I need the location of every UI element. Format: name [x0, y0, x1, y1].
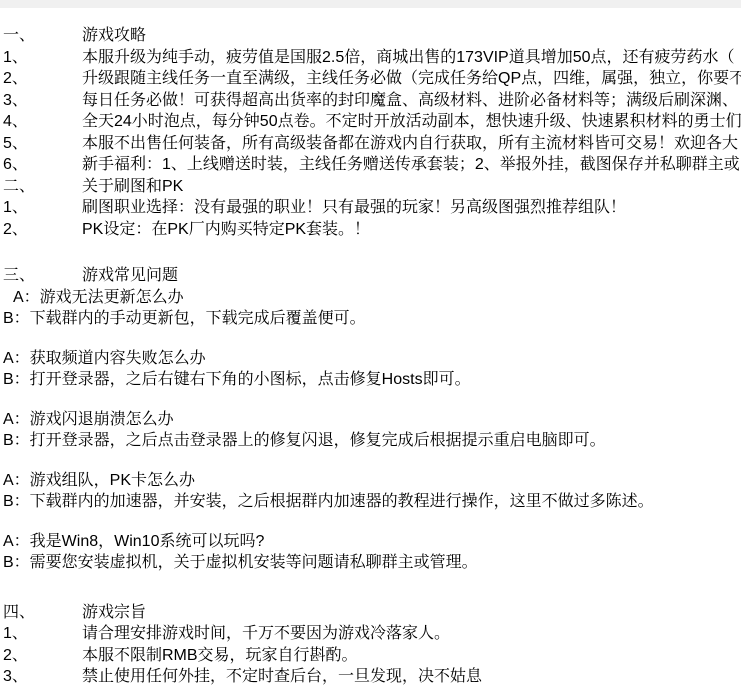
doc-line: 3、禁止使用任何外挂，不定时查后台，一旦发现，决不姑息 [3, 666, 741, 688]
doc-line: A：游戏闪退崩溃怎么办 [3, 409, 741, 431]
line-text: 本服不限制RMB交易，玩家自行斟酌。 [82, 647, 358, 664]
doc-line: 3、每日任务必做！可获得超高出货率的封印魔盒、高级材料、进阶必备材料等；满级后刷… [3, 90, 741, 112]
line-text: A：游戏组队，PK卡怎么办 [3, 472, 195, 489]
line-text: B：打开登录器，之后右键右下角的小图标，点击修复Hosts即可。 [3, 371, 471, 388]
line-text: 游戏攻略 [82, 27, 146, 44]
doc-line: B：下载群内的手动更新包，下载完成后覆盖便可。 [3, 308, 741, 330]
line-label: 二、 [3, 176, 82, 198]
line-text: 禁止使用任何外挂，不定时查后台，一旦发现，决不姑息 [82, 668, 482, 685]
line-label: 2、 [3, 219, 82, 241]
line-text: 本服升级为纯手动，疲劳值是国服2.5倍，商城出售的173VIP道具增加50点，还… [82, 49, 735, 66]
line-text: 每日任务必做！可获得超高出货率的封印魔盒、高级材料、进阶必备材料等；满级后刷深渊… [82, 92, 738, 109]
line-text: 游戏宗旨 [82, 604, 146, 621]
line-text: 刷图职业选择：没有最强的职业！只有最强的玩家！另高级图强烈推荐组队！ [82, 199, 626, 216]
line-text: B：下载群内的加速器，并安装，之后根据群内加速器的教程进行操作，这里不做过多陈述… [3, 493, 654, 510]
line-text: 关于刷图和PK [82, 178, 183, 195]
doc-line: 1、刷图职业选择：没有最强的职业！只有最强的玩家！另高级图强烈推荐组队！ [3, 197, 741, 219]
blank-line [3, 513, 741, 531]
blank-line [3, 391, 741, 409]
doc-line: 4、全天24小时泡点，每分钟50点卷。不定时开放活动副本，想快速升级、快速累积材… [3, 111, 741, 133]
line-label: 5、 [3, 133, 82, 155]
doc-line: A：获取频道内容失败怎么办 [3, 348, 741, 370]
line-label: 三、 [3, 265, 82, 287]
doc-line: 2、PK设定：在PK厂内购买特定PK套装。！ [3, 219, 741, 241]
doc-line: A：我是Win8，Win10系统可以玩吗? [3, 531, 741, 553]
line-text: 本服不出售任何装备，所有高级装备都在游戏内自行获取，所有主流材料皆可交易！欢迎各… [82, 135, 738, 152]
line-text: B：需要您安装虚拟机，关于虚拟机安装等问题请私聊群主或管理。 [3, 554, 478, 571]
doc-line: A：游戏无法更新怎么办 [3, 287, 741, 309]
line-label: 四、 [3, 602, 82, 624]
line-text: A：游戏闪退崩溃怎么办 [3, 411, 174, 428]
line-label: 3、 [3, 666, 82, 688]
line-label: 2、 [3, 68, 82, 90]
line-label: 1、 [3, 47, 82, 69]
doc-line: 四、游戏宗旨 [3, 602, 741, 624]
line-text: 游戏常见问题 [82, 267, 178, 284]
blank-line [3, 574, 741, 602]
line-text: PK设定：在PK厂内购买特定PK套装。！ [82, 221, 370, 238]
doc-line: 2、升级跟随主线任务一直至满级，主线任务必做（完成任务给QP点，四维，属强，独立… [3, 68, 741, 90]
line-label: 2、 [3, 645, 82, 667]
line-label: 1、 [3, 623, 82, 645]
doc-line: 二、关于刷图和PK [3, 176, 741, 198]
line-text: A：游戏无法更新怎么办 [13, 289, 184, 306]
doc-line: B：下载群内的加速器，并安装，之后根据群内加速器的教程进行操作，这里不做过多陈述… [3, 491, 741, 513]
line-text: B：打开登录器，之后点击登录器上的修复闪退，修复完成后根据提示重启电脑即可。 [3, 432, 606, 449]
doc-line: 1、请合理安排游戏时间，千万不要因为游戏冷落家人。 [3, 623, 741, 645]
doc-line: B：打开登录器，之后右键右下角的小图标，点击修复Hosts即可。 [3, 369, 741, 391]
line-label: 1、 [3, 197, 82, 219]
doc-line: A：游戏组队，PK卡怎么办 [3, 470, 741, 492]
blank-line [3, 240, 741, 265]
line-text: 全天24小时泡点，每分钟50点卷。不定时开放活动副本，想快速升级、快速累积材料的… [82, 113, 741, 130]
line-text: A：获取频道内容失败怎么办 [3, 350, 206, 367]
line-label: 3、 [3, 90, 82, 112]
doc-line: B：需要您安装虚拟机，关于虚拟机安装等问题请私聊群主或管理。 [3, 552, 741, 574]
line-label: 一、 [3, 25, 82, 47]
doc-line: 三、游戏常见问题 [3, 265, 741, 287]
doc-line: 5、本服不出售任何装备，所有高级装备都在游戏内自行获取，所有主流材料皆可交易！欢… [3, 133, 741, 155]
line-text: 升级跟随主线任务一直至满级，主线任务必做（完成任务给QP点，四维，属强，独立，你… [82, 70, 741, 87]
doc-line: 一、游戏攻略 [3, 25, 741, 47]
doc-line: 6、新手福利：1、上线赠送时装，主线任务赠送传承套装；2、举报外挂，截图保存并私… [3, 154, 741, 176]
line-label: 6、 [3, 154, 82, 176]
document-body: 一、游戏攻略1、本服升级为纯手动，疲劳值是国服2.5倍，商城出售的173VIP道… [0, 8, 741, 693]
blank-line [3, 330, 741, 348]
top-strip [0, 0, 741, 8]
line-label: 4、 [3, 111, 82, 133]
line-text: 新手福利：1、上线赠送时装，主线任务赠送传承套装；2、举报外挂，截图保存并私聊群… [82, 156, 740, 173]
doc-line: 1、本服升级为纯手动，疲劳值是国服2.5倍，商城出售的173VIP道具增加50点… [3, 47, 741, 69]
line-text: 请合理安排游戏时间，千万不要因为游戏冷落家人。 [82, 625, 450, 642]
doc-line: 2、本服不限制RMB交易，玩家自行斟酌。 [3, 645, 741, 667]
blank-line [3, 452, 741, 470]
doc-line: B：打开登录器，之后点击登录器上的修复闪退，修复完成后根据提示重启电脑即可。 [3, 430, 741, 452]
line-text: B：下载群内的手动更新包，下载完成后覆盖便可。 [3, 310, 366, 327]
line-text: A：我是Win8，Win10系统可以玩吗? [3, 533, 264, 550]
